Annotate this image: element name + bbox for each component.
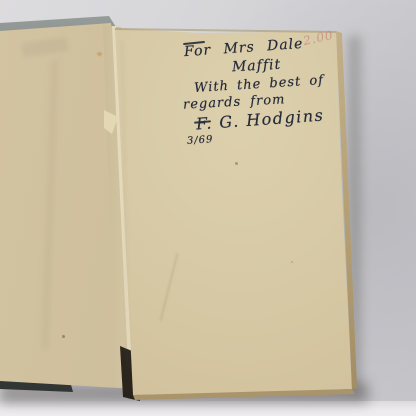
foxing-spot [62, 335, 65, 338]
inscription-line-2: Maffit [232, 57, 282, 76]
photo-of-open-book: For Mrs Dale Maffit With the best of reg… [0, 0, 416, 416]
foxing-spot [291, 261, 293, 263]
table-surface [0, 401, 416, 416]
foxing-spot [235, 162, 238, 165]
foxing-spot [97, 52, 102, 56]
inscription-date: 3/69 [187, 134, 214, 147]
